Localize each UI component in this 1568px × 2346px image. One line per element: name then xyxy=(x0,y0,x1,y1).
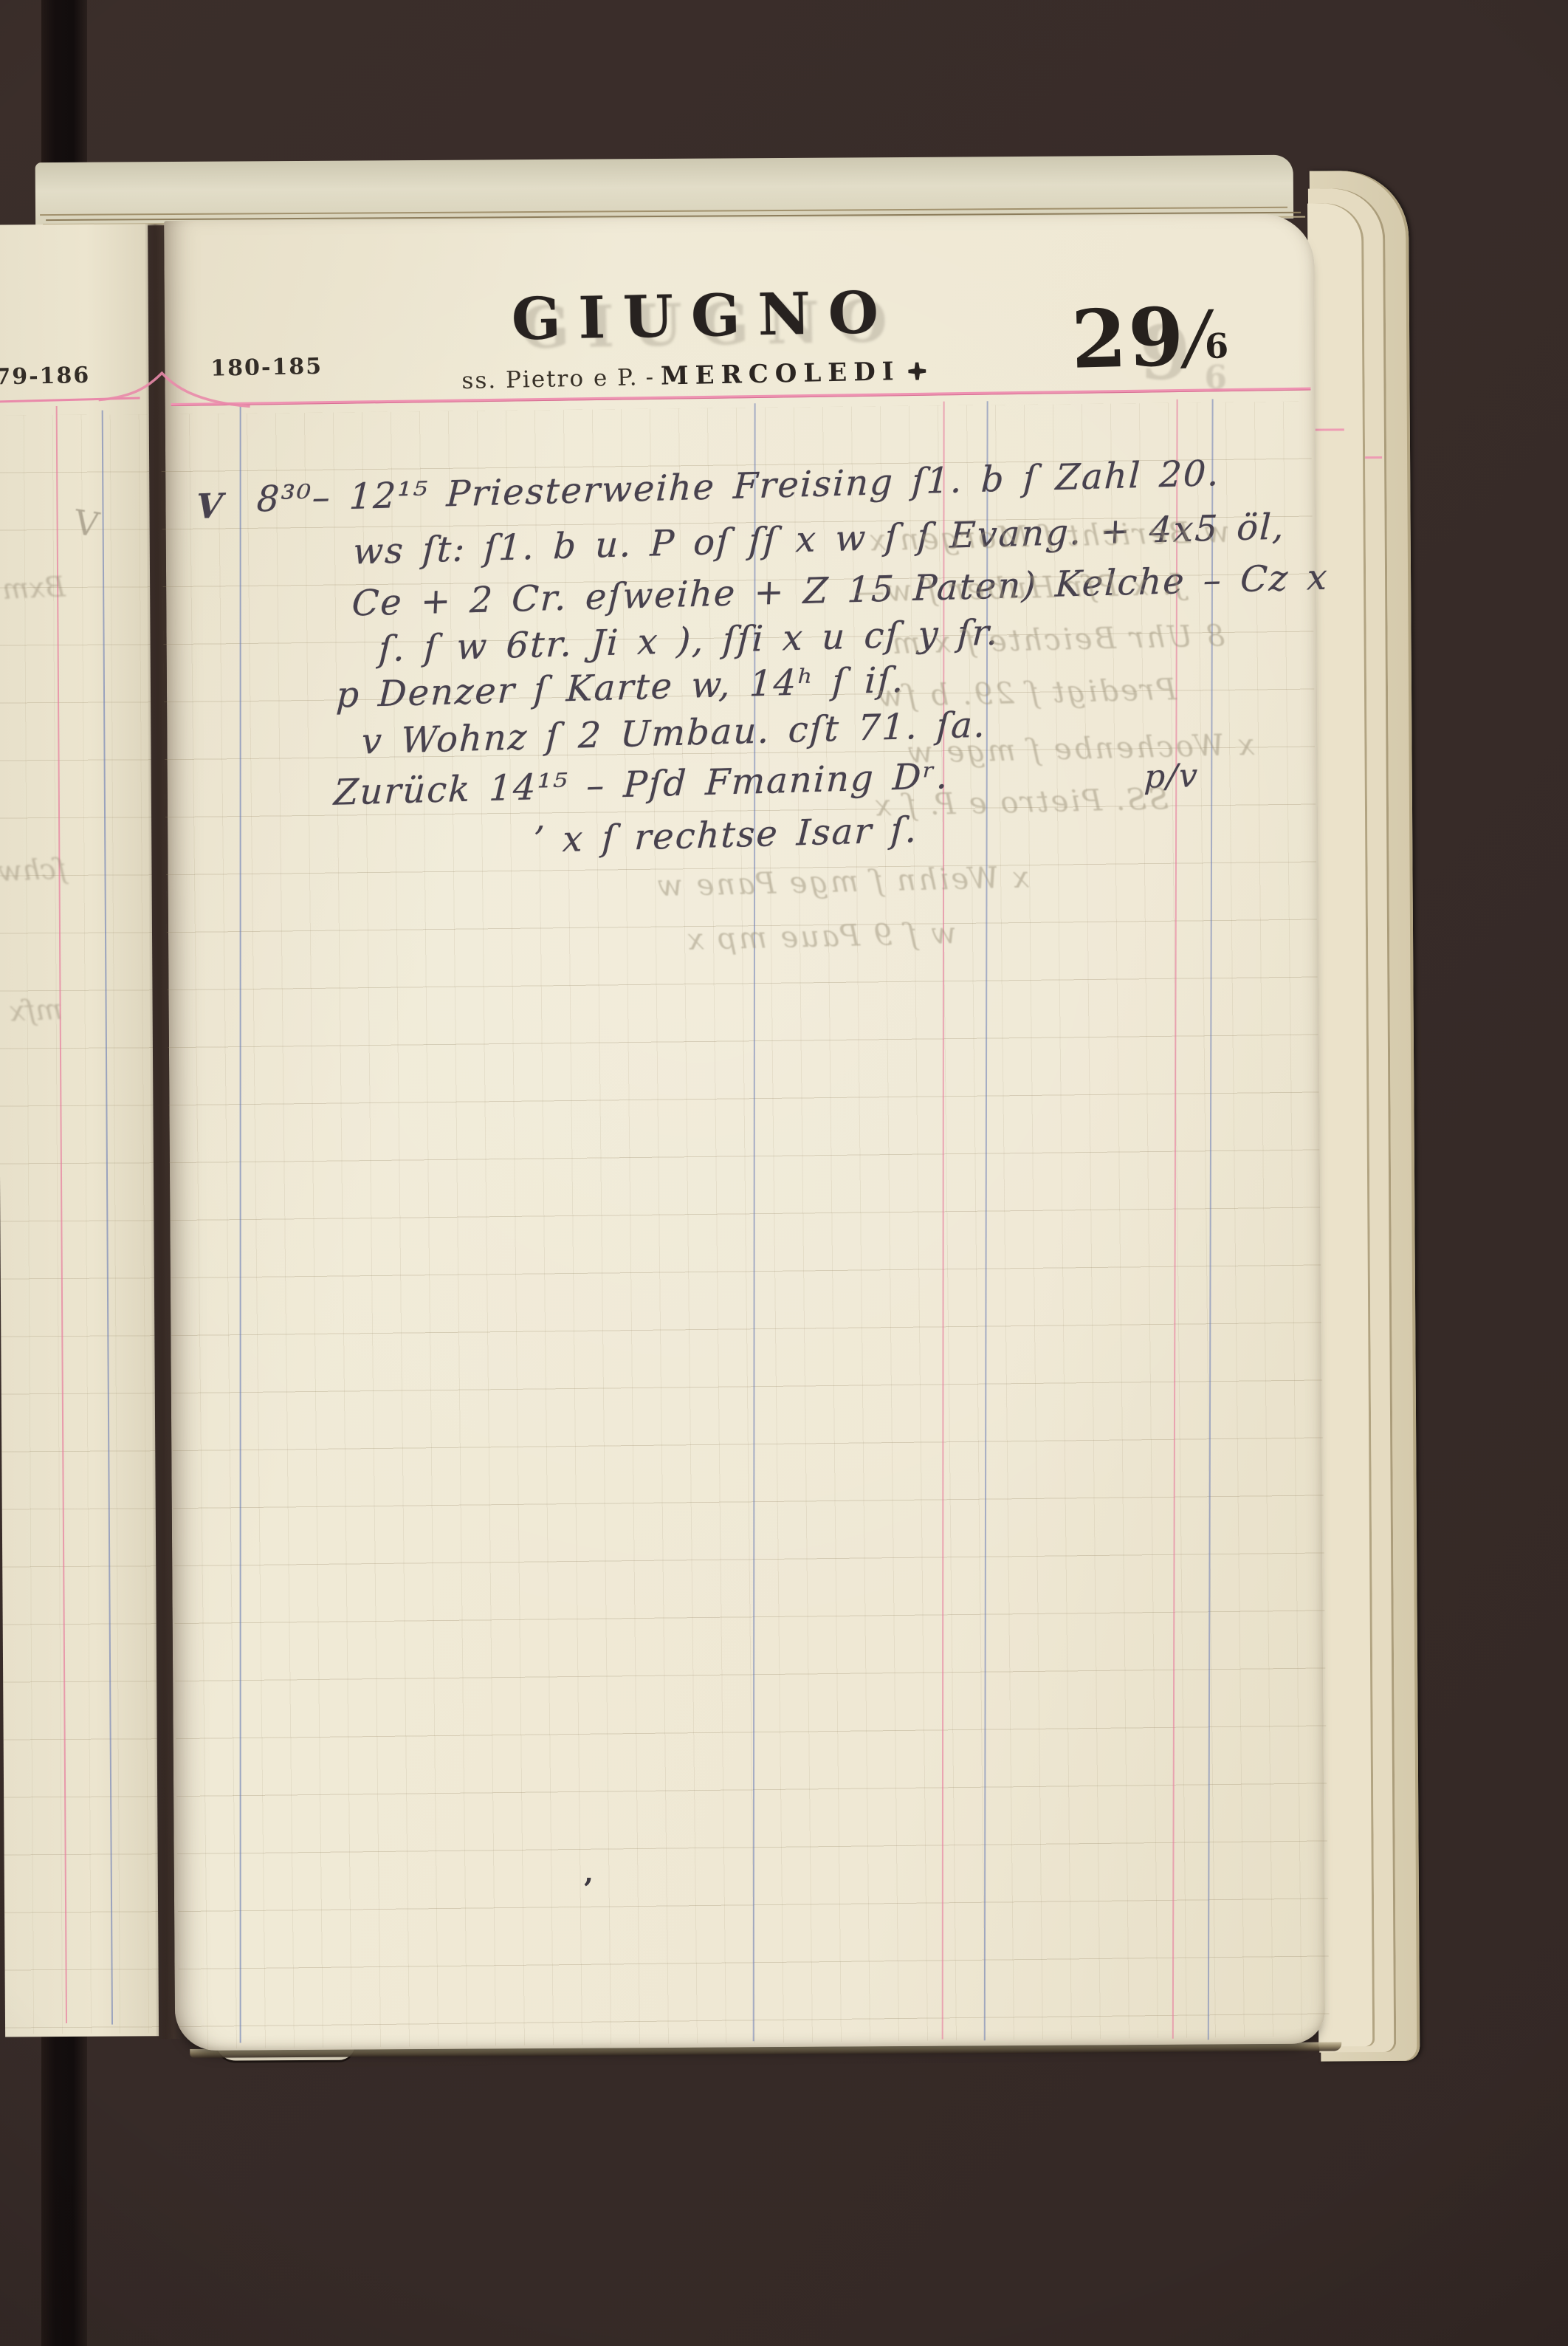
feast-day-line: ss. Pietro e P.-MERCOLEDI xyxy=(461,356,927,395)
show-through-scribble: mfx xyxy=(9,993,63,1028)
open-diary-book: 79-186 V Bxm ſchw mfx 180-185 GIUGNO GIU… xyxy=(0,0,1568,2346)
left-page-range-label: 79-186 xyxy=(0,363,91,391)
margin-check-mark: V xyxy=(196,486,225,527)
diary-page: 180-185 GIUGNO GIUGNO ss. Pietro e P.-ME… xyxy=(164,214,1325,2051)
maltese-cross-icon xyxy=(907,361,927,384)
separator-dash: - xyxy=(638,364,661,391)
date-block: 29/6 xyxy=(1070,289,1234,387)
show-through-line: Predigt ſ 29. b ſw xyxy=(876,673,1177,714)
month-number: 6 xyxy=(1204,326,1228,366)
stray-pen-mark: ʼ xyxy=(582,1873,593,1907)
blue-margin-rule xyxy=(240,406,241,2043)
photo-of-diary: 79-186 V Bxm ſchw mfx 180-185 GIUGNO GIU… xyxy=(0,0,1568,2346)
day-number: 29 xyxy=(1070,291,1186,387)
show-through-line: SS. Pietro e P. ſ x xyxy=(872,782,1169,823)
previous-page-strip: 79-186 V Bxm ſchw mfx xyxy=(0,224,159,2037)
show-through-line: w ſ 9 Paue mp x xyxy=(685,916,957,957)
weekday-label: MERCOLEDI xyxy=(661,357,901,391)
gutter-pink-rule-curve xyxy=(98,371,253,416)
month-title: GIUGNO xyxy=(511,279,897,354)
left-page-ruling xyxy=(0,414,159,2034)
show-through-scribble: Bxm xyxy=(1,570,66,605)
saints-label: ss. Pietro e P. xyxy=(461,364,639,394)
show-through-scribble: ſchw xyxy=(0,852,67,888)
